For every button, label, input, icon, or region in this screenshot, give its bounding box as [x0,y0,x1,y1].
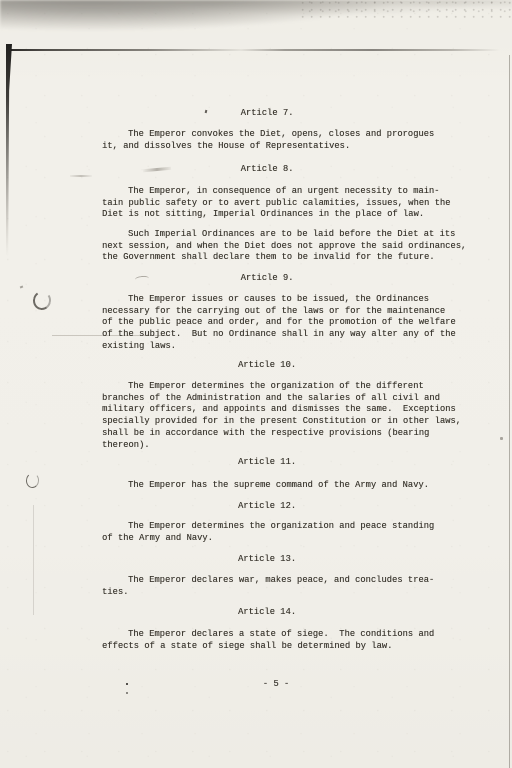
article-7-paragraph: The Emperor convokes the Diet, opens, cl… [102,129,478,152]
page-number: - 5 - [102,679,450,691]
article-10-heading: Article 10. [102,360,432,372]
scan-speckle-top-right [300,0,512,18]
article-13-paragraph: The Emperor declares war, makes peace, a… [102,575,478,598]
article-8-heading: Article 8. [102,164,432,176]
article-8-paragraph-2: Such Imperial Ordinances are to be laid … [102,229,478,264]
article-7-heading: Article 7. [102,108,432,120]
article-10-paragraph: The Emperor determines the organization … [102,381,478,451]
eraser-smudge-small [70,175,92,177]
article-14-paragraph: The Emperor declares a state of siege. T… [102,629,478,652]
pencil-tick [20,286,24,289]
punch-hole-mark-lower [25,473,39,489]
scan-horizontal-line [11,49,500,51]
scan-vertical-streak [6,44,12,256]
article-14-heading: Article 14. [102,607,432,619]
page-edge-line [509,55,510,768]
article-12-paragraph: The Emperor determines the organization … [102,521,478,544]
punch-hole-mark-upper [31,290,52,312]
paper-crease [33,505,34,615]
article-9-heading: Article 9. [102,273,432,285]
article-11-heading: Article 11. [102,457,432,469]
article-12-heading: Article 12. [102,501,432,513]
article-13-heading: Article 13. [102,554,432,566]
scanned-document-page: Article 7. The Emperor convokes the Diet… [0,0,512,768]
article-11-paragraph: The Emperor has the supreme command of t… [102,480,478,492]
article-8-paragraph-1: The Emperor, in consequence of an urgent… [102,186,478,221]
margin-speck [500,437,503,440]
article-9-paragraph: The Emperor issues or causes to be issue… [102,294,478,353]
